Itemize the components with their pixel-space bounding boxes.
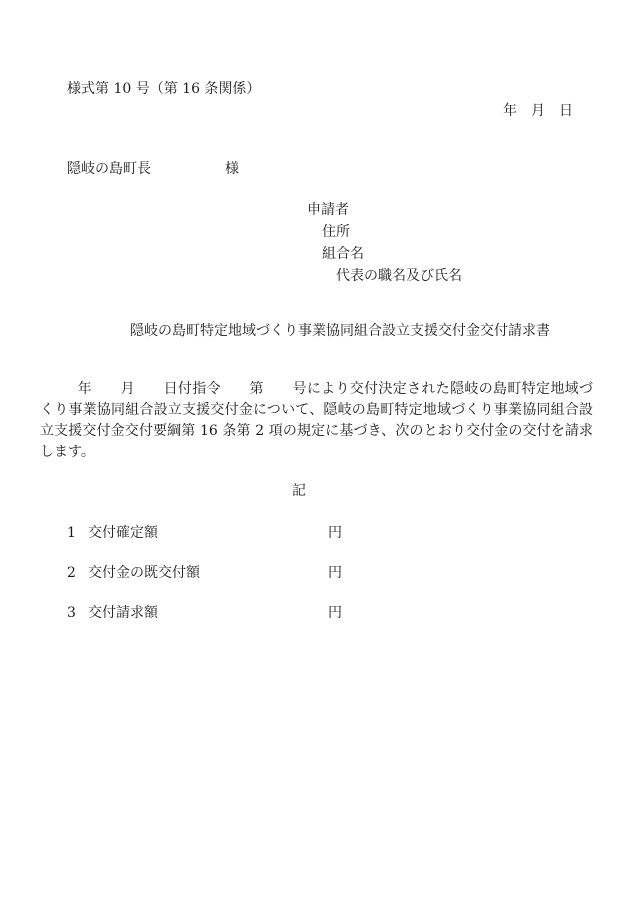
form-number: 様式第 10 号（第 16 条関係） bbox=[67, 78, 260, 98]
date-line: 年 月 日 bbox=[503, 100, 573, 120]
applicant-block: 申請者 住所 組合名 代表の職名及び氏名 bbox=[307, 199, 462, 287]
item-row-determined-amount: 1 交付確定額 円 bbox=[67, 522, 342, 542]
item-unit-yen: 円 bbox=[328, 562, 342, 582]
applicant-label: 申請者 bbox=[307, 199, 462, 221]
document-page: 様式第 10 号（第 16 条関係） 年 月 日 隠岐の島町長様 申請者 住所 … bbox=[0, 0, 630, 903]
item-row-requested-amount: 3 交付請求額 円 bbox=[67, 602, 342, 622]
section-marker-ki: 記 bbox=[0, 480, 598, 500]
item-label: 交付確定額 bbox=[88, 522, 328, 542]
item-unit-yen: 円 bbox=[328, 522, 342, 542]
applicant-field-representative-title-name: 代表の職名及び氏名 bbox=[307, 265, 462, 287]
item-unit-yen: 円 bbox=[328, 602, 342, 622]
item-number: 3 bbox=[67, 605, 88, 621]
item-number: 2 bbox=[67, 565, 88, 581]
addressee-name: 隠岐の島町長 bbox=[67, 161, 151, 177]
item-label: 交付金の既交付額 bbox=[88, 562, 328, 582]
addressee-honorific: 様 bbox=[225, 158, 239, 178]
applicant-field-union-name: 組合名 bbox=[307, 243, 462, 265]
item-row-already-paid-amount: 2 交付金の既交付額 円 bbox=[67, 562, 342, 582]
addressee-line: 隠岐の島町長様 bbox=[67, 158, 239, 178]
body-paragraph: 年 月 日付指令 第 号により交付決定された隠岐の島町特定地域づくり事業協同組合… bbox=[40, 379, 593, 463]
document-title: 隠岐の島町特定地域づくり事業協同組合設立支援交付金交付請求書 bbox=[130, 320, 550, 340]
item-number: 1 bbox=[67, 525, 88, 541]
applicant-field-address: 住所 bbox=[307, 221, 462, 243]
item-label: 交付請求額 bbox=[88, 602, 328, 622]
